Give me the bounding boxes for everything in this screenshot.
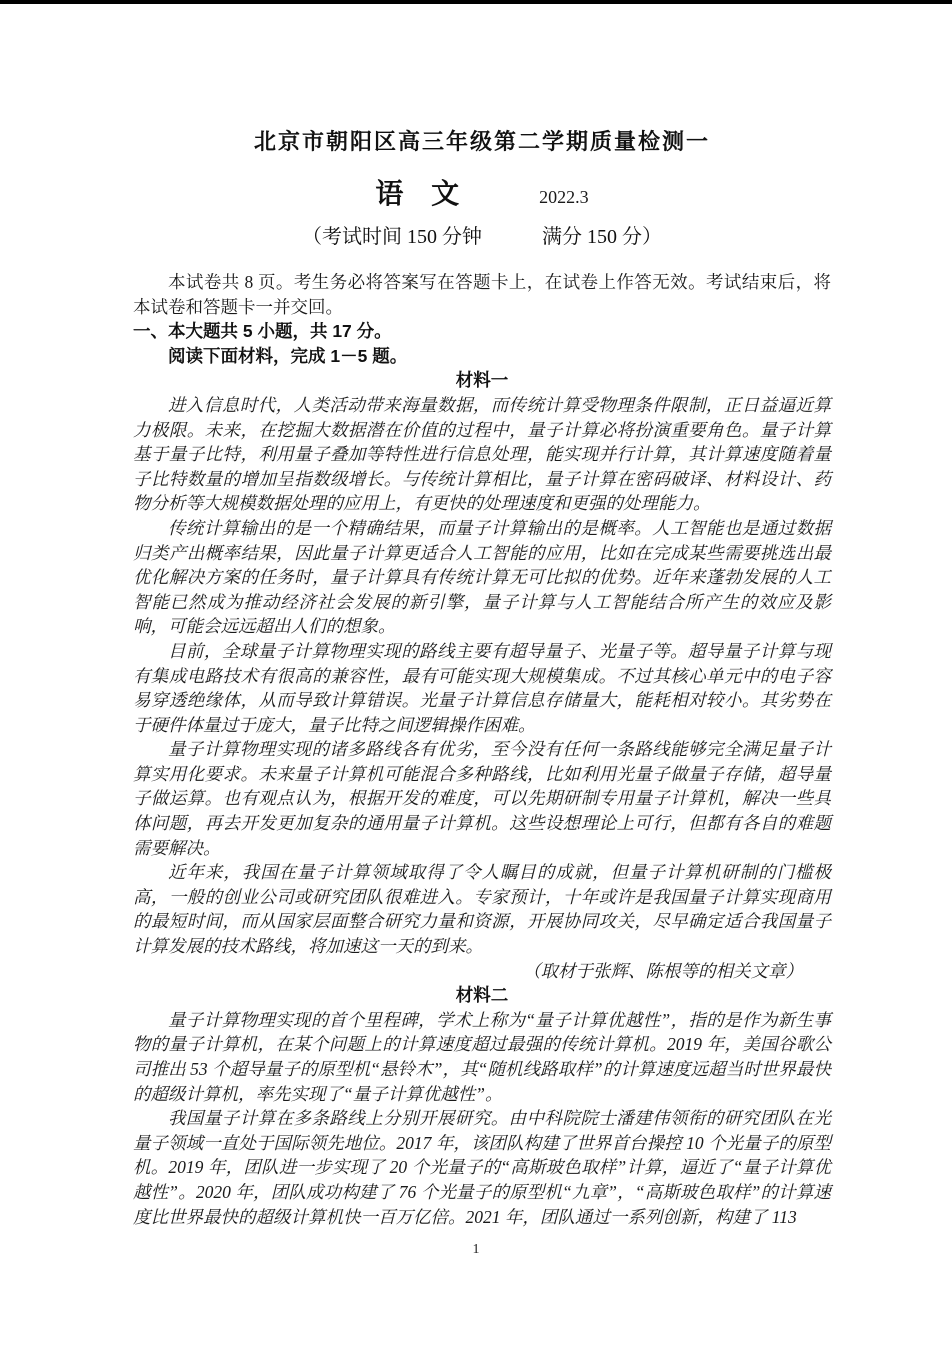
reading-prompt: 阅读下面材料，完成 1－5 题。 [133, 344, 831, 369]
material-one-paragraph: 量子计算物理实现的诸多路线各有优劣，至今没有任何一条路线能够完全满足量子计算实用… [133, 737, 831, 860]
exam-paper-page: { "header": { "title": "北京市朝阳区高三年级第二学期质量… [0, 0, 952, 1347]
page-number: 1 [0, 1242, 952, 1258]
page-content: 北京市朝阳区高三年级第二学期质量检测一 语 文 2022.3 （考试时间 150… [133, 0, 831, 1229]
subject-name: 语 文 [375, 172, 469, 212]
material-one-attribution: （取材于张辉、陈根等的相关文章） [133, 959, 831, 984]
section-one-heading: 一、本大题共 5 小题，共 17 分。 [133, 319, 831, 344]
exam-body: 本试卷共 8 页。考生务必将答案写在答题卡上，在试卷上作答无效。考试结束后，将本… [133, 270, 831, 1229]
material-two-heading: 材料二 [133, 983, 831, 1008]
exam-notice: 本试卷共 8 页。考生务必将答案写在答题卡上，在试卷上作答无效。考试结束后，将本… [133, 270, 831, 319]
material-one-paragraph: 近年来，我国在量子计算领域取得了令人瞩目的成就，但量子计算机研制的门槛极高，一般… [133, 860, 831, 958]
material-one-paragraph: 进入信息时代，人类活动带来海量数据，而传统计算受物理条件限制，正日益逼近算力极限… [133, 393, 831, 516]
exam-date: 2022.3 [539, 187, 589, 208]
material-one-paragraph: 传统计算输出的是一个精确结果，而量子计算输出的是概率。人工智能也是通过数据归类产… [133, 516, 831, 639]
subject-row: 语 文 2022.3 [133, 172, 831, 210]
exam-info-line: （考试时间 150 分钟 满分 150 分） [133, 224, 831, 250]
exam-title: 北京市朝阳区高三年级第二学期质量检测一 [133, 128, 831, 156]
material-one-heading: 材料一 [133, 368, 831, 393]
material-two-paragraph: 量子计算物理实现的首个里程碑，学术上称为“量子计算优越性”，指的是作为新生事物的… [133, 1008, 831, 1106]
material-two-paragraph: 我国量子计算在多条路线上分别开展研究。由中科院院士潘建伟领衔的研究团队在光量子领… [133, 1106, 831, 1229]
material-one-paragraph: 目前，全球量子计算物理实现的路线主要有超导量子、光量子等。超导量子计算与现有集成… [133, 639, 831, 737]
